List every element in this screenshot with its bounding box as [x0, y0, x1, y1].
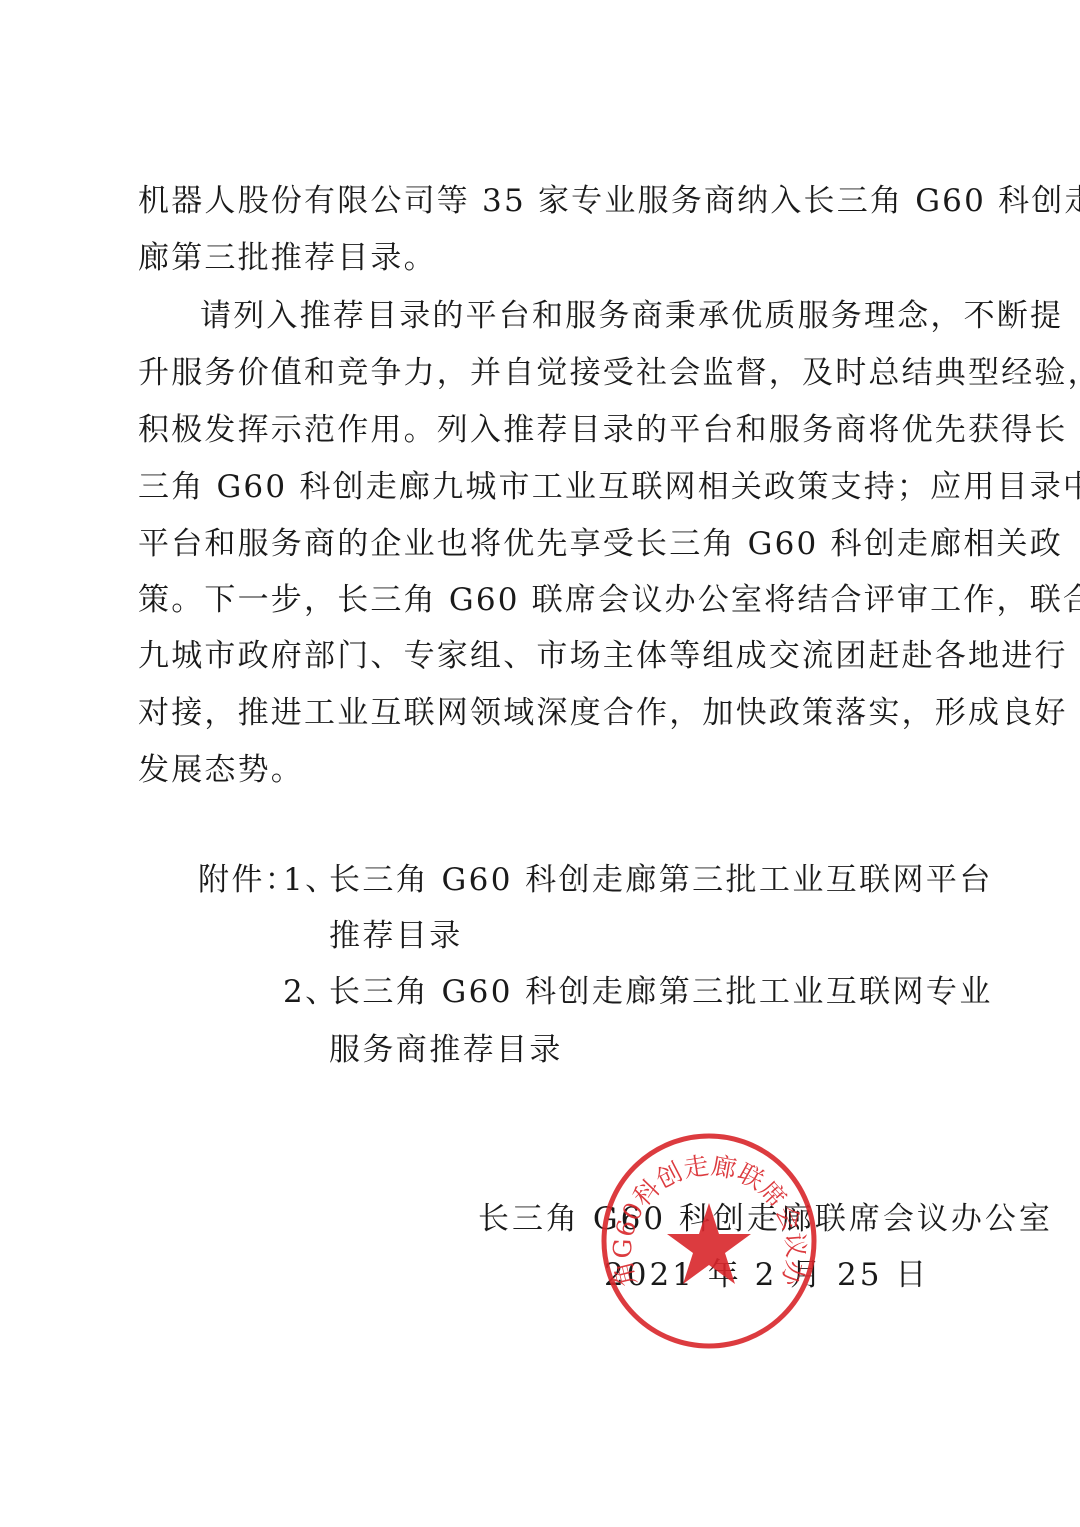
paragraph-2-line-8: 对接，推进工业互联网领域深度合作，加快政策落实，形成良好 — [138, 693, 943, 733]
paragraph-2-line-9: 发展态势。 — [138, 750, 943, 790]
official-seal: 长三角G60科创走廊联席会议办公室 — [598, 1130, 820, 1352]
paragraph-2-line-4: 三角 G60 科创走廊九城市工业互联网相关政策支持；应用目录中 — [138, 467, 943, 507]
attachment-1-title-line-1: 长三角 G60 科创走廊第三批工业互联网平台 — [329, 860, 993, 900]
attachment-2-title-line-1: 长三角 G60 科创走廊第三批工业互联网专业 — [329, 972, 993, 1012]
paragraph-2-line-2: 升服务价值和竞争力，并自觉接受社会监督，及时总结典型经验， — [138, 353, 943, 393]
attachment-1-title-line-2: 推荐目录 — [329, 916, 463, 956]
paragraph-2-line-6: 策。下一步，长三角 G60 联席会议办公室将结合评审工作，联合 — [138, 580, 943, 620]
paragraph-1-line-1: 机器人股份有限公司等 35 家专业服务商纳入长三角 G60 科创走 — [138, 181, 943, 221]
paragraph-2-line-5: 平台和服务商的企业也将优先享受长三角 G60 科创走廊相关政 — [138, 524, 943, 564]
paragraph-1-line-2: 廊第三批推荐目录。 — [138, 238, 943, 278]
star-icon — [667, 1203, 751, 1284]
paragraph-2-line-3: 积极发挥示范作用。列入推荐目录的平台和服务商将优先获得长 — [138, 410, 943, 450]
paragraph-2-line-1: 请列入推荐目录的平台和服务商秉承优质服务理念，不断提 — [200, 296, 943, 336]
document-page: 机器人股份有限公司等 35 家专业服务商纳入长三角 G60 科创走 廊第三批推荐… — [0, 0, 1080, 1527]
paragraph-2-line-7: 九城市政府部门、专家组、市场主体等组成交流团赶赴各地进行 — [138, 636, 943, 676]
attachment-2-title-line-2: 服务商推荐目录 — [329, 1030, 563, 1070]
